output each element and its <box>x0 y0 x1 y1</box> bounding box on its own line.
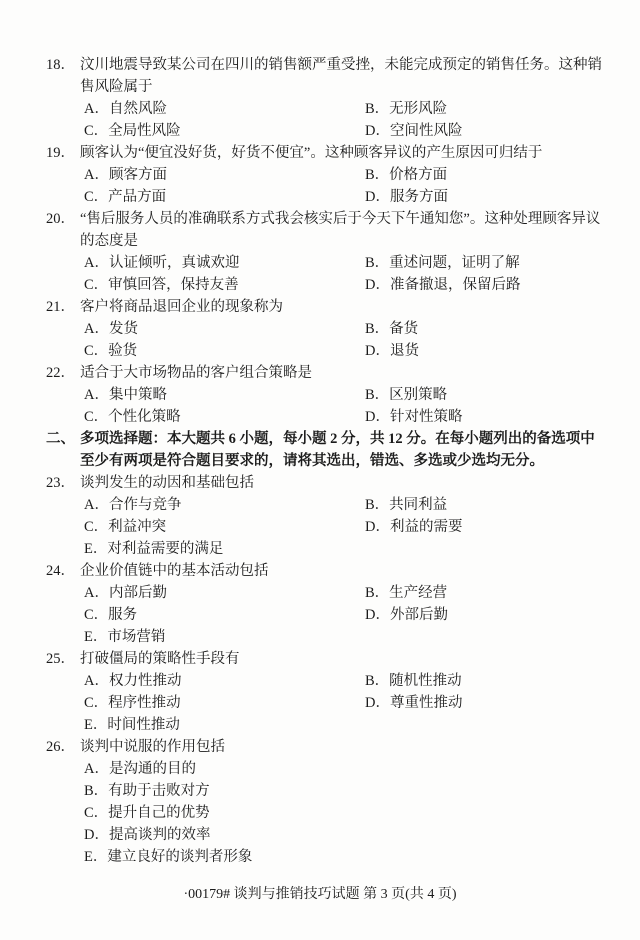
question-24: 24． 企业价值链中的基本活动包括 A．内部后勤 B．生产经营 C．服务 D．外… <box>46 560 606 648</box>
question-text: 顾客认为“便宜没好货，好货不便宜”。这种顾客异议的产生原因可归结于 <box>80 142 602 164</box>
option-c: C．程序性推动 <box>84 692 365 714</box>
option-text: 尊重性推动 <box>390 695 463 711</box>
option-a: A．发货 <box>84 318 365 340</box>
option-text: 服务方面 <box>390 189 448 205</box>
option-label: A． <box>84 255 109 271</box>
question-number: 21． <box>46 296 80 318</box>
options-row: A．顾客方面 B．价格方面 <box>84 164 606 186</box>
options-row: A．合作与竞争 B．共同利益 <box>84 494 606 516</box>
option-text: 生产经营 <box>389 585 447 601</box>
question-text: 汶川地震导致某公司在四川的销售额严重受挫，未能完成预定的销售任务。这种销售风险属… <box>80 54 602 98</box>
option-e: E．对利益需要的满足 <box>84 538 365 560</box>
option-label: A． <box>84 585 109 601</box>
option-label: D． <box>365 123 390 139</box>
option-label: E． <box>84 849 107 865</box>
option-text: 建立良好的谈判者形象 <box>107 849 252 865</box>
option-label: B． <box>365 497 389 513</box>
question-number: 24． <box>46 560 80 582</box>
option-label: C． <box>84 343 108 359</box>
question-18: 18． 汶川地震导致某公司在四川的销售额严重受挫，未能完成预定的销售任务。这种销… <box>46 54 606 142</box>
question-number: 25． <box>46 648 80 670</box>
option-label: C． <box>84 695 108 711</box>
question-text: “售后服务人员的准确联系方式我会核实后于今天下午通知您”。这种处理顾客异议的态度… <box>80 208 602 252</box>
options-row: E．对利益需要的满足 <box>84 538 606 560</box>
option-text: 外部后勤 <box>390 607 448 623</box>
option-b: B．区别策略 <box>365 384 606 406</box>
option-label: C． <box>84 277 108 293</box>
option-c: C．服务 <box>84 604 365 626</box>
options-row: C．产品方面 D．服务方面 <box>84 186 606 208</box>
option-e: E．建立良好的谈判者形象 <box>84 846 365 868</box>
option-a: A．内部后勤 <box>84 582 365 604</box>
option-text: 无形风险 <box>389 101 447 117</box>
option-c: C．审慎回答，保持友善 <box>84 274 365 296</box>
option-text: 价格方面 <box>389 167 447 183</box>
option-text: 是沟通的目的 <box>109 761 196 777</box>
options-row: A．是沟通的目的 <box>84 758 606 780</box>
options-row: C．验货 D．退货 <box>84 340 606 362</box>
exam-content: 18． 汶川地震导致某公司在四川的销售额严重受挫，未能完成预定的销售任务。这种销… <box>46 54 606 868</box>
option-label: C． <box>84 189 108 205</box>
option-d: D．尊重性推动 <box>365 692 606 714</box>
option-d: D．外部后勤 <box>365 604 606 626</box>
option-label: A． <box>84 101 109 117</box>
option-a: A．是沟通的目的 <box>84 758 365 780</box>
question-text: 企业价值链中的基本活动包括 <box>80 560 602 582</box>
options-row: E．建立良好的谈判者形象 <box>84 846 606 868</box>
option-text: 有助于击败对方 <box>108 783 210 799</box>
options-row: C．服务 D．外部后勤 <box>84 604 606 626</box>
option-d: D．空间性风险 <box>365 120 606 142</box>
option-label: D． <box>365 695 390 711</box>
question-text: 适合于大市场物品的客户组合策略是 <box>80 362 602 384</box>
option-label: D． <box>84 827 109 843</box>
option-text: 顾客方面 <box>109 167 167 183</box>
options-row: C．审慎回答，保持友善 D．准备撤退，保留后路 <box>84 274 606 296</box>
option-label: A． <box>84 761 109 777</box>
option-text: 服务 <box>108 607 137 623</box>
options-row: C．提升自己的优势 <box>84 802 606 824</box>
exam-page: 18． 汶川地震导致某公司在四川的销售额严重受挫，未能完成预定的销售任务。这种销… <box>0 0 640 940</box>
options-row: C．个性化策略 D．针对性策略 <box>84 406 606 428</box>
option-b: B．随机性推动 <box>365 670 606 692</box>
question-20: 20． “售后服务人员的准确联系方式我会核实后于今天下午通知您”。这种处理顾客异… <box>46 208 606 296</box>
option-text: 重述问题，证明了解 <box>389 255 520 271</box>
question-number: 23． <box>46 472 80 494</box>
option-text: 审慎回答，保持友善 <box>108 277 239 293</box>
option-label: B． <box>365 585 389 601</box>
options-row: E．时间性推动 <box>84 714 606 736</box>
options-row: C．利益冲突 D．利益的需要 <box>84 516 606 538</box>
options-row: A．自然风险 B．无形风险 <box>84 98 606 120</box>
section-2-header: 二、 多项选择题：本大题共 6 小题，每小题 2 分，共 12 分。在每小题列出… <box>46 428 606 472</box>
option-text: 准备撤退，保留后路 <box>390 277 521 293</box>
option-b: B．生产经营 <box>365 582 606 604</box>
option-label: E． <box>84 541 107 557</box>
option-label: D． <box>365 343 390 359</box>
option-text: 验货 <box>108 343 137 359</box>
option-text: 认证倾听，真诚欢迎 <box>109 255 240 271</box>
option-a: A．集中策略 <box>84 384 365 406</box>
option-text: 程序性推动 <box>108 695 181 711</box>
question-19: 19． 顾客认为“便宜没好货，好货不便宜”。这种顾客异议的产生原因可归结于 A．… <box>46 142 606 208</box>
option-text: 对利益需要的满足 <box>107 541 223 557</box>
options-row: A．发货 B．备货 <box>84 318 606 340</box>
option-label: C． <box>84 805 108 821</box>
option-text: 发货 <box>109 321 138 337</box>
option-a: A．认证倾听，真诚欢迎 <box>84 252 365 274</box>
option-label: D． <box>365 409 390 425</box>
option-label: B． <box>84 783 108 799</box>
options-row: A．权力性推动 B．随机性推动 <box>84 670 606 692</box>
option-c: C．验货 <box>84 340 365 362</box>
option-label: B． <box>365 387 389 403</box>
option-c: C．个性化策略 <box>84 406 365 428</box>
option-text: 时间性推动 <box>107 717 180 733</box>
option-text: 区别策略 <box>389 387 447 403</box>
option-text: 自然风险 <box>109 101 167 117</box>
option-text: 提升自己的优势 <box>108 805 210 821</box>
options-row: A．认证倾听，真诚欢迎 B．重述问题，证明了解 <box>84 252 606 274</box>
option-b: B．有助于击败对方 <box>84 780 365 802</box>
question-number: 18． <box>46 54 80 76</box>
options-row: C．程序性推动 D．尊重性推动 <box>84 692 606 714</box>
option-label: B． <box>365 167 389 183</box>
option-label: D． <box>365 607 390 623</box>
option-a: A．自然风险 <box>84 98 365 120</box>
option-text: 随机性推动 <box>389 673 462 689</box>
option-c: C．提升自己的优势 <box>84 802 365 824</box>
question-number: 20． <box>46 208 80 230</box>
option-e: E．市场营销 <box>84 626 365 648</box>
option-label: D． <box>365 519 390 535</box>
option-b: B．价格方面 <box>365 164 606 186</box>
option-a: A．顾客方面 <box>84 164 365 186</box>
option-text: 针对性策略 <box>390 409 463 425</box>
option-text: 产品方面 <box>108 189 166 205</box>
option-text: 利益的需要 <box>390 519 463 535</box>
option-label: A． <box>84 321 109 337</box>
option-e: E．时间性推动 <box>84 714 365 736</box>
option-label: E． <box>84 717 107 733</box>
option-label: B． <box>365 255 389 271</box>
option-label: A． <box>84 673 109 689</box>
option-label: D． <box>365 189 390 205</box>
option-text: 空间性风险 <box>390 123 463 139</box>
question-22: 22． 适合于大市场物品的客户组合策略是 A．集中策略 B．区别策略 C．个性化… <box>46 362 606 428</box>
options-row: C．全局性风险 D．空间性风险 <box>84 120 606 142</box>
question-text: 谈判中说服的作用包括 <box>80 736 602 758</box>
question-23: 23． 谈判发生的动因和基础包括 A．合作与竞争 B．共同利益 C．利益冲突 D… <box>46 472 606 560</box>
option-text: 个性化策略 <box>108 409 181 425</box>
options-row: A．内部后勤 B．生产经营 <box>84 582 606 604</box>
option-label: A． <box>84 497 109 513</box>
question-number: 22． <box>46 362 80 384</box>
question-number: 19． <box>46 142 80 164</box>
option-text: 退货 <box>390 343 419 359</box>
question-26: 26． 谈判中说服的作用包括 A．是沟通的目的 B．有助于击败对方 C．提升自己… <box>46 736 606 868</box>
option-label: A． <box>84 167 109 183</box>
option-c: C．全局性风险 <box>84 120 365 142</box>
option-label: B． <box>365 673 389 689</box>
options-row: B．有助于击败对方 <box>84 780 606 802</box>
option-text: 全局性风险 <box>108 123 181 139</box>
option-text: 合作与竞争 <box>109 497 182 513</box>
option-text: 提高谈判的效率 <box>109 827 211 843</box>
option-b: B．共同利益 <box>365 494 606 516</box>
page-footer: ·00179# 谈判与推销技巧试题 第 3 页(共 4 页) <box>0 884 640 906</box>
option-d: D．准备撤退，保留后路 <box>365 274 606 296</box>
option-a: A．权力性推动 <box>84 670 365 692</box>
options-row: D．提高谈判的效率 <box>84 824 606 846</box>
question-21: 21． 客户将商品退回企业的现象称为 A．发货 B．备货 C．验货 D．退货 <box>46 296 606 362</box>
option-d: D．针对性策略 <box>365 406 606 428</box>
option-a: A．合作与竞争 <box>84 494 365 516</box>
option-label: B． <box>365 321 389 337</box>
option-label: A． <box>84 387 109 403</box>
option-b: B．备货 <box>365 318 606 340</box>
option-text: 市场营销 <box>107 629 165 645</box>
option-text: 权力性推动 <box>109 673 182 689</box>
question-text: 谈判发生的动因和基础包括 <box>80 472 602 494</box>
option-d: D．提高谈判的效率 <box>84 824 365 846</box>
option-c: C．产品方面 <box>84 186 365 208</box>
option-text: 集中策略 <box>109 387 167 403</box>
option-text: 利益冲突 <box>108 519 166 535</box>
section-prefix: 二、 <box>46 428 80 450</box>
question-25: 25． 打破僵局的策略性手段有 A．权力性推动 B．随机性推动 C．程序性推动 … <box>46 648 606 736</box>
option-label: C． <box>84 607 108 623</box>
options-row: E．市场营销 <box>84 626 606 648</box>
option-label: C． <box>84 123 108 139</box>
option-b: B．重述问题，证明了解 <box>365 252 606 274</box>
option-label: C． <box>84 519 108 535</box>
question-text: 打破僵局的策略性手段有 <box>80 648 602 670</box>
question-number: 26． <box>46 736 80 758</box>
option-label: E． <box>84 629 107 645</box>
question-text: 客户将商品退回企业的现象称为 <box>80 296 602 318</box>
option-label: B． <box>365 101 389 117</box>
option-c: C．利益冲突 <box>84 516 365 538</box>
section-instructions: 多项选择题：本大题共 6 小题，每小题 2 分，共 12 分。在每小题列出的备选… <box>80 428 602 472</box>
option-d: D．利益的需要 <box>365 516 606 538</box>
option-d: D．服务方面 <box>365 186 606 208</box>
option-label: C． <box>84 409 108 425</box>
option-b: B．无形风险 <box>365 98 606 120</box>
option-text: 共同利益 <box>389 497 447 513</box>
option-text: 备货 <box>389 321 418 337</box>
option-d: D．退货 <box>365 340 606 362</box>
option-text: 内部后勤 <box>109 585 167 601</box>
option-label: D． <box>365 277 390 293</box>
options-row: A．集中策略 B．区别策略 <box>84 384 606 406</box>
